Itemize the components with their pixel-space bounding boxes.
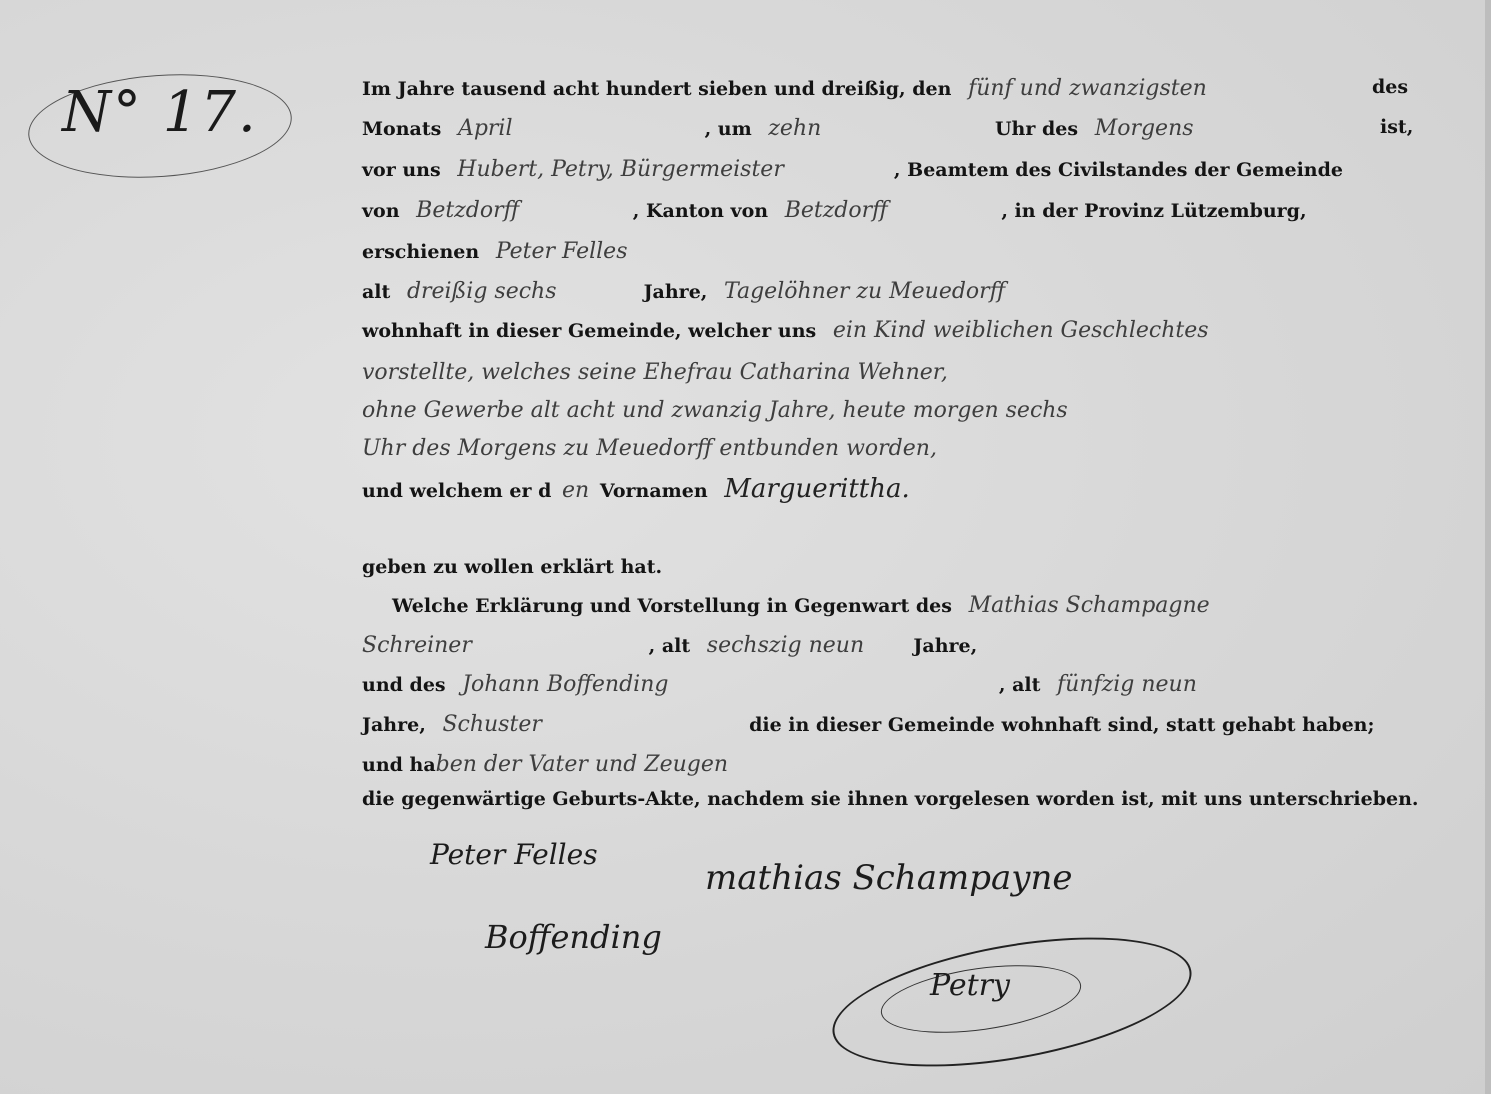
text-line-11: und welchem er d en Vornamen Margueritth… <box>362 474 920 504</box>
handwritten-mother-details: ohne Gewerbe alt acht und zwanzig Jahre,… <box>362 398 1068 423</box>
act-number: N° 17. <box>62 80 258 145</box>
text-line-14: Schreiner , alt sechszig neun Jahre, <box>362 633 977 658</box>
printed-text: und welchem er d <box>362 480 551 502</box>
printed-text: , um <box>705 118 752 140</box>
text-line-3: vor uns Hubert, Petry, Bürgermeister , B… <box>362 157 1343 182</box>
printed-text: , Kanton von <box>633 200 768 222</box>
printed-text: erschienen <box>362 241 479 263</box>
printed-text: Jahre, <box>644 281 708 303</box>
printed-text: alt <box>362 281 390 303</box>
handwritten-commune: Betzdorff <box>406 198 626 223</box>
handwritten-child-name: Marguerittha. <box>714 474 919 504</box>
text-line-6: alt dreißig sechs Jahre, Tagelöhner zu M… <box>362 279 1015 304</box>
printed-text: geben zu wollen erklärt hat. <box>362 556 662 578</box>
handwritten-suffix: en <box>558 478 593 503</box>
handwritten-signers: ben der Vater und Zeugen <box>436 752 728 777</box>
printed-text: Jahre, <box>362 714 426 736</box>
handwritten-witness-2-occupation: Schuster <box>432 712 742 737</box>
printed-text: , alt <box>999 674 1041 696</box>
signature-father: Peter Felles <box>430 838 598 871</box>
printed-text: Im Jahre tausend acht hundert sieben und… <box>362 78 951 100</box>
handwritten-canton: Betzdorff <box>775 198 995 223</box>
printed-text: ist, <box>1380 116 1413 138</box>
handwritten-witness-2-age: fünfzig neun <box>1047 672 1207 697</box>
text-line-5: erschienen Peter Felles <box>362 239 638 264</box>
handwritten-occupation: Tagelöhner zu Meuedorff <box>714 279 1015 304</box>
text-line-8: vorstellte, welches seine Ehefrau Cathar… <box>362 360 948 385</box>
handwritten-witness-1: Mathias Schampagne <box>959 593 1220 618</box>
printed-text: die in dieser Gemeinde wohnhaft sind, st… <box>749 714 1374 736</box>
handwritten-witness-1-age: sechszig neun <box>697 633 907 658</box>
text-line-15: und des Johann Boffending , alt fünfzig … <box>362 672 1207 697</box>
handwritten-declarant: Peter Felles <box>486 239 638 264</box>
printed-text: die gegenwärtige Geburts-Akte, nachdem s… <box>362 788 1419 810</box>
printed-text: Vornamen <box>600 480 708 502</box>
handwritten-time-of-day: Morgens <box>1085 116 1345 141</box>
text-line-12: geben zu wollen erklärt hat. <box>362 556 662 578</box>
text-line-18: die gegenwärtige Geburts-Akte, nachdem s… <box>362 788 1419 810</box>
printed-text: Jahre, <box>913 635 977 657</box>
signature-witness-1: mathias Schampayne <box>705 858 1072 898</box>
handwritten-hour: zehn <box>758 116 988 141</box>
text-line-1: Im Jahre tausend acht hundert sieben und… <box>362 76 1217 101</box>
handwritten-month: April <box>448 116 698 141</box>
page-edge <box>1485 0 1491 1094</box>
printed-text: von <box>362 200 400 222</box>
printed-text: wohnhaft in dieser Gemeinde, welcher uns <box>362 320 816 342</box>
handwritten-witness-1-occupation: Schreiner <box>362 633 642 658</box>
text-line-7: wohnhaft in dieser Gemeinde, welcher uns… <box>362 318 1219 343</box>
printed-text: und des <box>362 674 446 696</box>
handwritten-age: dreißig sechs <box>397 279 637 304</box>
text-line-17: und haben der Vater und Zeugen <box>362 752 728 777</box>
handwritten-witness-2: Johann Boffending <box>452 672 992 697</box>
printed-text: , alt <box>649 635 691 657</box>
signature-witness-2: Boffending <box>485 918 662 956</box>
printed-text: des <box>1372 76 1408 98</box>
text-line-13: Welche Erklärung und Vorstellung in Gege… <box>392 593 1220 618</box>
text-line-10: Uhr des Morgens zu Meuedorff entbunden w… <box>362 436 937 461</box>
printed-text: und ha <box>362 754 436 776</box>
text-line-16: Jahre, Schuster die in dieser Gemeinde w… <box>362 712 1375 737</box>
printed-text: Monats <box>362 118 441 140</box>
printed-text: vor uns <box>362 159 441 181</box>
printed-text: , in der Provinz Lützemburg, <box>1001 200 1306 222</box>
text-line-4: von Betzdorff , Kanton von Betzdorff , i… <box>362 198 1307 223</box>
printed-text: Uhr des <box>995 118 1078 140</box>
printed-text: Welche Erklärung und Vorstellung in Gege… <box>392 595 952 617</box>
handwritten-date: fünf und zwanzigsten <box>958 76 1217 101</box>
handwritten-child-sex: ein Kind weiblichen Geschlechtes <box>823 318 1219 343</box>
handwritten-birth-place: Uhr des Morgens zu Meuedorff entbunden w… <box>362 436 937 461</box>
text-line-9: ohne Gewerbe alt acht und zwanzig Jahre,… <box>362 398 1068 423</box>
text-line-2: Monats April , um zehn Uhr des Morgens i… <box>362 116 1345 141</box>
printed-text: , Beamtem des Civilstandes der Gemeinde <box>894 159 1343 181</box>
handwritten-officer: Hubert, Petry, Bürgermeister <box>447 157 887 182</box>
signature-officer: Petry <box>930 968 1010 1003</box>
handwritten-mother: vorstellte, welches seine Ehefrau Cathar… <box>362 360 948 385</box>
